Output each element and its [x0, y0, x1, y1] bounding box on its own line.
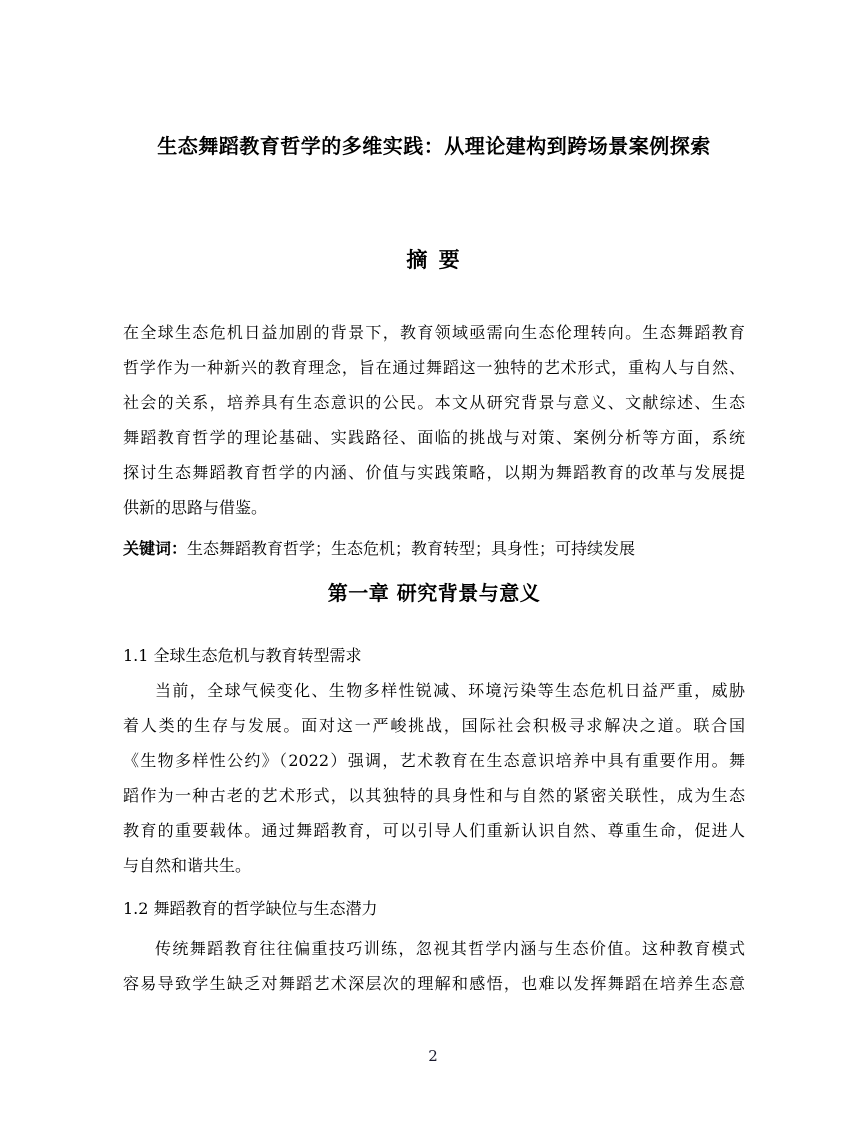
- abstract-line: 舞蹈教育哲学的理论基础、实践路径、面临的挑战与对策、案例分析等方面，系统: [123, 420, 745, 455]
- page-number: 2: [0, 1046, 866, 1066]
- section-1-2-paragraph: 传统舞蹈教育往往偏重技巧训练，忽视其哲学内涵与生态价值。这种教育模式 容易导致学…: [123, 931, 745, 1001]
- abstract-line: 供新的思路与借鉴。: [123, 490, 745, 525]
- paragraph-line: 《生物多样性公约》（2022）强调，艺术教育在生态意识培养中具有重要作用。舞: [123, 743, 745, 778]
- paragraph-line: 当前，全球气候变化、生物多样性锐减、环境污染等生态危机日益严重，威胁: [123, 673, 745, 708]
- paragraph-line: 着人类的生存与发展。面对这一严峻挑战，国际社会积极寻求解决之道。联合国: [123, 708, 745, 743]
- paragraph-line: 容易导致学生缺乏对舞蹈艺术深层次的理解和感悟，也难以发挥舞蹈在培养生态意: [123, 966, 745, 1001]
- abstract-heading: 摘 要: [123, 245, 745, 275]
- paragraph-line: 蹈作为一种古老的艺术形式，以其独特的具身性和与自然的紧密关联性，成为生态: [123, 778, 745, 813]
- keywords-label: 关键词：: [123, 539, 187, 558]
- paragraph-line: 教育的重要载体。通过舞蹈教育，可以引导人们重新认识自然、尊重生命，促进人: [123, 813, 745, 848]
- chapter-1-heading: 第一章 研究背景与意义: [123, 578, 745, 608]
- section-1-2-heading: 1.2 舞蹈教育的哲学缺位与生态潜力: [123, 891, 745, 926]
- abstract-line: 在全球生态危机日益加剧的背景下，教育领域亟需向生态伦理转向。生态舞蹈教育: [123, 315, 745, 350]
- abstract-line: 探讨生态舞蹈教育哲学的内涵、价值与实践策略，以期为舞蹈教育的改革与发展提: [123, 455, 745, 490]
- keywords-text: 生态舞蹈教育哲学；生态危机；教育转型；具身性；可持续发展: [187, 539, 635, 558]
- abstract-line: 哲学作为一种新兴的教育理念，旨在通过舞蹈这一独特的艺术形式，重构人与自然、: [123, 350, 745, 385]
- abstract-paragraph: 在全球生态危机日益加剧的背景下，教育领域亟需向生态伦理转向。生态舞蹈教育 哲学作…: [123, 315, 745, 525]
- section-1-1-heading: 1.1 全球生态危机与教育转型需求: [123, 638, 745, 673]
- document-content: 生态舞蹈教育哲学的多维实践：从理论建构到跨场景案例探索 摘 要 在全球生态危机日…: [0, 0, 866, 1001]
- document-title: 生态舞蹈教育哲学的多维实践：从理论建构到跨场景案例探索: [123, 0, 745, 161]
- section-1-1-paragraph: 当前，全球气候变化、生物多样性锐减、环境污染等生态危机日益严重，威胁 着人类的生…: [123, 673, 745, 883]
- abstract-line: 社会的关系，培养具有生态意识的公民。本文从研究背景与意义、文献综述、生态: [123, 385, 745, 420]
- document-page: 生态舞蹈教育哲学的多维实践：从理论建构到跨场景案例探索 摘 要 在全球生态危机日…: [0, 0, 866, 1122]
- paragraph-line: 传统舞蹈教育往往偏重技巧训练，忽视其哲学内涵与生态价值。这种教育模式: [123, 931, 745, 966]
- paragraph-line: 与自然和谐共生。: [123, 848, 745, 883]
- keywords-line: 关键词：生态舞蹈教育哲学；生态危机；教育转型；具身性；可持续发展: [123, 531, 745, 566]
